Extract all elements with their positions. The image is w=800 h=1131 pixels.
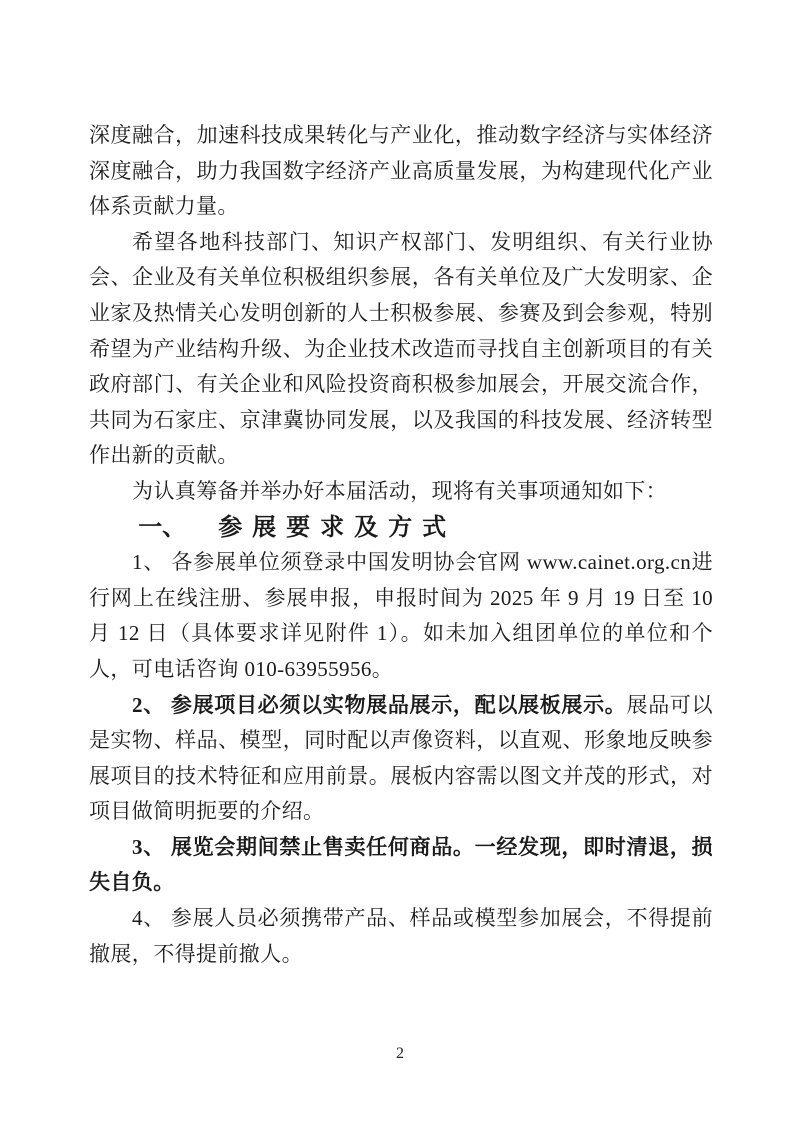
document-body: 深度融合，加速科技成果转化与产业化，推动数字经济与实体经济深度融合，助力我国数字… <box>89 118 713 972</box>
document-page: 深度融合，加速科技成果转化与产业化，推动数字经济与实体经济深度融合，助力我国数字… <box>0 0 800 1131</box>
item-4: 4、 参展人员必须携带产品、样品或模型参加展会，不得提前撤展，不得提前撤人。 <box>89 901 713 972</box>
text-run: 参展要求及方式 <box>218 514 456 541</box>
item-3: 3、 展览会期间禁止售卖任何商品。一经发现，即时清退，损失自负。 <box>89 830 713 901</box>
page-number: 2 <box>0 1044 800 1064</box>
text-run: 为认真筹备并举办好本届活动，现将有关事项通知如下： <box>132 479 667 503</box>
paragraph-hope: 希望各地科技部门、知识产权部门、发明组织、有关行业协会、企业及有关单位积极组织参… <box>89 225 713 474</box>
text-run: 一、 <box>138 514 186 541</box>
text-run: 希望各地科技部门、知识产权部门、发明组织、有关行业协会、企业及有关单位积极组织参… <box>89 230 713 468</box>
item-2: 2、 参展项目必须以实物展品展示，配以展板展示。展品可以是实物、样品、模型，同时… <box>89 688 713 830</box>
text-run: 1、 各参展单位须登录中国发明协会官网 www.cainet.org.cn进行网… <box>89 550 713 681</box>
item-1: 1、 各参展单位须登录中国发明协会官网 www.cainet.org.cn进行网… <box>89 545 713 687</box>
text-run: 深度融合，加速科技成果转化与产业化，推动数字经济与实体经济深度融合，助力我国数字… <box>89 123 713 218</box>
paragraph-continuation: 深度融合，加速科技成果转化与产业化，推动数字经济与实体经济深度融合，助力我国数字… <box>89 118 713 225</box>
text-run: 2、 参展项目必须以实物展品展示，配以展板展示。 <box>132 693 626 717</box>
paragraph-notice-intro: 为认真筹备并举办好本届活动，现将有关事项通知如下： <box>89 474 713 510</box>
section-heading-1: 一、参展要求及方式 <box>89 510 713 546</box>
text-run: 3、 展览会期间禁止售卖任何商品。一经发现，即时清退，损失自负。 <box>89 835 713 895</box>
text-run: 4、 参展人员必须携带产品、样品或模型参加展会，不得提前撤展，不得提前撤人。 <box>89 906 713 966</box>
